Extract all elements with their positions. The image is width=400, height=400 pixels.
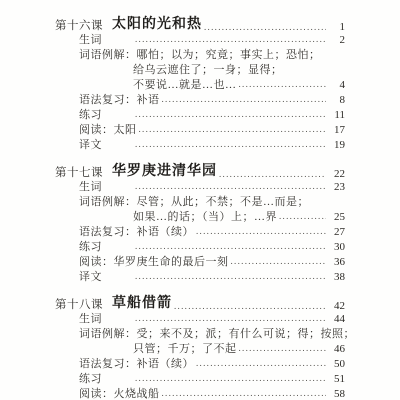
dot-leader bbox=[135, 137, 326, 153]
page-number: 38 bbox=[329, 270, 345, 285]
entry-label: 阅读： bbox=[79, 123, 114, 138]
entry-label: 阅读： bbox=[79, 255, 114, 270]
entry-text-continuation: 如果…的话；（当）上；…界 bbox=[79, 210, 277, 225]
toc-entry-line: 语法复习：补语（续）27 bbox=[79, 225, 345, 240]
page-number: 25 bbox=[329, 210, 345, 225]
dot-leader bbox=[196, 224, 326, 240]
entry-label: 阅读： bbox=[79, 387, 114, 400]
dot-leader bbox=[239, 77, 327, 93]
toc-entry-line: 阅读：华罗庚生命的最后一刻36 bbox=[79, 255, 345, 270]
page-number: 51 bbox=[329, 372, 345, 387]
toc-entry-line: 练习30 bbox=[79, 240, 345, 255]
page-number: 22 bbox=[329, 168, 345, 180]
entry-text: 哪怕；以为；究竟；事实上；恐怕； bbox=[137, 48, 321, 63]
dot-leader bbox=[162, 386, 327, 400]
lesson-block: 第十八课草船借箭42生词44词语例解：受；来不及；派；有什么可说；得；按照；只管… bbox=[55, 292, 345, 400]
toc-entry-line: 译文19 bbox=[79, 138, 345, 153]
page-number: 50 bbox=[329, 357, 345, 372]
lesson-title: 太阳的光和热 bbox=[112, 13, 202, 33]
toc-entry-line: 阅读：太阳17 bbox=[79, 123, 345, 138]
page-number: 46 bbox=[329, 342, 345, 357]
entry-label: 译文 bbox=[79, 270, 133, 285]
entry-label: 译文 bbox=[79, 138, 133, 153]
entry-text-continuation: 给乌云遮住了；一身；显得； bbox=[79, 63, 283, 78]
entry-label: 生词 bbox=[79, 33, 133, 48]
page-number: 58 bbox=[329, 387, 345, 400]
page-number: 27 bbox=[329, 225, 345, 240]
dot-leader bbox=[135, 179, 326, 195]
entry-label: 语法复习： bbox=[79, 357, 137, 372]
lesson-heading-row: 第十六课太阳的光和热1 bbox=[55, 13, 345, 33]
page-number: 36 bbox=[329, 255, 345, 270]
page-number: 19 bbox=[329, 138, 345, 153]
toc-entry-line: 语法复习：补语（续）50 bbox=[79, 357, 345, 372]
lesson-heading-row: 第十七课华罗庚进清华园22 bbox=[55, 160, 345, 180]
page-number: 23 bbox=[329, 180, 345, 195]
entry-text: 补语（续） bbox=[137, 225, 195, 240]
page-number: 17 bbox=[329, 123, 345, 138]
entry-text: 火烧战船 bbox=[114, 387, 160, 400]
page-number: 8 bbox=[329, 93, 345, 108]
dot-leader bbox=[135, 269, 326, 285]
dot-leader bbox=[135, 107, 326, 123]
toc-entry-line: 不要说…就是…也…4 bbox=[79, 78, 345, 93]
entry-text: 补语 bbox=[137, 93, 160, 108]
entry-label: 练习 bbox=[79, 108, 133, 123]
entry-label: 生词 bbox=[79, 180, 133, 195]
lesson-block: 第十六课太阳的光和热1生词2词语例解：哪怕；以为；究竟；事实上；恐怕；给乌云遮住… bbox=[55, 13, 345, 153]
entry-text: 补语（续） bbox=[137, 357, 195, 372]
dot-leader bbox=[135, 371, 326, 387]
lesson-heading-row: 第十八课草船借箭42 bbox=[55, 292, 345, 312]
toc-entry-line: 生词23 bbox=[79, 180, 345, 195]
dot-leader bbox=[135, 239, 326, 255]
toc-entry-line: 练习51 bbox=[79, 372, 345, 387]
dot-leader bbox=[135, 311, 326, 327]
page-number: 30 bbox=[329, 240, 345, 255]
dot-leader bbox=[135, 32, 326, 48]
entry-label: 词语例解： bbox=[79, 327, 137, 342]
entry-text-continuation: 只管；千万；了不起 bbox=[79, 342, 237, 357]
dot-leader bbox=[279, 209, 326, 225]
toc-entry-line: 词语例解：尽管；从此；不禁；不是…而是； bbox=[79, 195, 345, 210]
toc-entry-line: 生词44 bbox=[79, 312, 345, 327]
entry-text: 受；来不及；派；有什么可说；得；按照； bbox=[137, 327, 356, 342]
toc-entry-line: 词语例解：受；来不及；派；有什么可说；得；按照； bbox=[79, 327, 345, 342]
dot-leader bbox=[139, 122, 327, 138]
toc-entry-line: 给乌云遮住了；一身；显得； bbox=[79, 63, 345, 78]
entry-text: 尽管；从此；不禁；不是…而是； bbox=[137, 195, 310, 210]
lesson-block: 第十七课华罗庚进清华园22生词23词语例解：尽管；从此；不禁；不是…而是；如果…… bbox=[55, 160, 345, 285]
toc-entry-line: 阅读：火烧战船58 bbox=[79, 387, 345, 400]
entry-label: 词语例解： bbox=[79, 48, 137, 63]
entry-label: 生词 bbox=[79, 312, 133, 327]
lesson-number: 第十七课 bbox=[55, 164, 112, 180]
entry-text-continuation: 不要说…就是…也… bbox=[79, 78, 237, 93]
toc-entry-line: 词语例解：哪怕；以为；究竟；事实上；恐怕； bbox=[79, 48, 345, 63]
lesson-number: 第十六课 bbox=[55, 17, 112, 33]
lesson-title: 华罗庚进清华园 bbox=[112, 160, 217, 180]
page-number: 11 bbox=[329, 108, 345, 123]
entry-label: 词语例解： bbox=[79, 195, 137, 210]
entry-label: 语法复习： bbox=[79, 225, 137, 240]
entry-label: 练习 bbox=[79, 240, 133, 255]
page-number: 42 bbox=[329, 300, 345, 312]
toc-entry-line: 只管；千万；了不起46 bbox=[79, 342, 345, 357]
page-number: 1 bbox=[329, 21, 345, 33]
lesson-number: 第十八课 bbox=[55, 296, 112, 312]
page-number: 4 bbox=[329, 78, 345, 93]
entry-label: 练习 bbox=[79, 372, 133, 387]
entry-label: 语法复习： bbox=[79, 93, 137, 108]
entry-text: 太阳 bbox=[114, 123, 137, 138]
toc-entry-line: 如果…的话；（当）上；…界25 bbox=[79, 210, 345, 225]
dot-leader bbox=[239, 341, 327, 357]
lesson-title: 草船借箭 bbox=[112, 292, 172, 312]
toc-page: 第十六课太阳的光和热1生词2词语例解：哪怕；以为；究竟；事实上；恐怕；给乌云遮住… bbox=[55, 0, 345, 400]
toc-entry-line: 生词2 bbox=[79, 33, 345, 48]
toc-entry-line: 练习11 bbox=[79, 108, 345, 123]
toc-entry-line: 语法复习：补语8 bbox=[79, 93, 345, 108]
page-number: 44 bbox=[329, 312, 345, 327]
page-number: 2 bbox=[329, 33, 345, 48]
toc-entry-line: 译文38 bbox=[79, 270, 345, 285]
entry-text: 华罗庚生命的最后一刻 bbox=[114, 255, 229, 270]
dot-leader bbox=[231, 254, 327, 270]
dot-leader bbox=[196, 356, 326, 372]
dot-leader bbox=[162, 92, 327, 108]
